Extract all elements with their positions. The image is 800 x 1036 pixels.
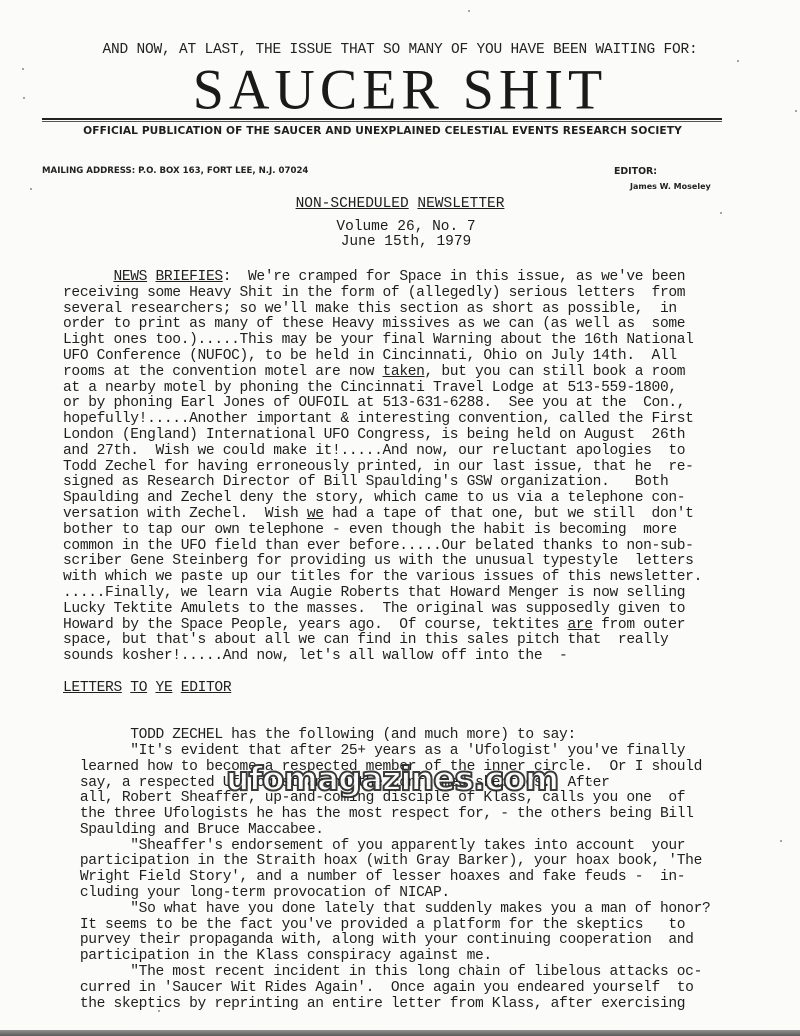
letters-heading-word: YE — [156, 680, 173, 696]
scan-speck — [30, 188, 32, 190]
letter-line: "It's evident that after 25+ years as a … — [63, 744, 800, 760]
spacer — [63, 697, 800, 713]
watermark: ufomagazines.com — [226, 759, 558, 798]
news-briefies-line: with which we paste up our titles for th… — [63, 570, 800, 586]
news-briefies-line: hopefully!.....Another important & inter… — [63, 412, 800, 428]
masthead-rule — [42, 118, 722, 120]
spacer — [63, 712, 800, 728]
letters-heading-word: LETTERS — [63, 680, 122, 696]
scan-speck — [158, 1010, 160, 1012]
news-briefies-line: signed as Research Director of Bill Spau… — [63, 475, 800, 491]
letter-line: "Sheaffer's endorsement of you apparentl… — [63, 839, 800, 855]
newsletter-title: NON-SCHEDULED NEWSLETTER — [0, 196, 800, 212]
letter-line: It seems to be the fact you've provided … — [63, 918, 800, 934]
kicker-line: AND NOW, AT LAST, THE ISSUE THAT SO MANY… — [0, 42, 800, 58]
news-briefies-line: scriber Gene Steinberg for providing us … — [63, 554, 800, 570]
news-briefies-line: NEWS BRIEFIES: We're cramped for Space i… — [63, 270, 800, 286]
scan-speck — [430, 816, 432, 818]
news-briefies-line: space, but that's about all we can find … — [63, 633, 800, 649]
news-briefies-line: at a nearby motel by phoning the Cincinn… — [63, 381, 800, 397]
newsletter-title-word: NON-SCHEDULED — [296, 196, 409, 212]
letter-line: curred in 'Saucer Wit Rides Again'. Once… — [63, 981, 800, 997]
editor-name: James W. Moseley — [630, 182, 711, 191]
publication-subtitle: OFFICIAL PUBLICATION OF THE SAUCER AND U… — [0, 125, 765, 137]
letters-heading-word: TO — [130, 680, 147, 696]
letters-heading: LETTERS TO YE EDITOR — [63, 681, 800, 697]
news-briefies-line: sounds kosher!.....And now, let's all wa… — [63, 649, 800, 665]
news-briefies-line: Howard by the Space People, years ago. O… — [63, 618, 800, 634]
news-briefies-line: bother to tap our own telephone - even t… — [63, 523, 800, 539]
news-briefies-line: Spaulding and Zechel deny the story, whi… — [63, 491, 800, 507]
news-briefies-heading: BRIEFIES — [156, 269, 223, 285]
news-briefies-line: or by phoning Earl Jones of OUFOIL at 51… — [63, 396, 800, 412]
scan-speck — [590, 780, 592, 782]
news-briefies-heading: NEWS — [113, 269, 147, 285]
news-briefies-line: UFO Conference (NUFOC), to be held in Ci… — [63, 349, 800, 365]
news-briefies-line: and 27th. Wish we could make it!.....And… — [63, 444, 800, 460]
scan-speck — [22, 68, 24, 70]
letter-line: "The most recent incident in this long c… — [63, 965, 800, 981]
news-briefies-line: rooms at the convention motel are now ta… — [63, 365, 800, 381]
scan-speck — [737, 60, 739, 62]
letter-line: Wright Field Story', and a number of les… — [63, 870, 800, 886]
scan-speck — [795, 110, 797, 112]
news-briefies-line: London (England) International UFO Congr… — [63, 428, 800, 444]
letter-line: purvey their propaganda with, along with… — [63, 933, 800, 949]
scan-speck — [468, 10, 470, 12]
letters-heading-word: EDITOR — [181, 680, 231, 696]
letter-line: participation in the Straith hoax (with … — [63, 854, 800, 870]
news-briefies-line: common in the UFO field than ever before… — [63, 539, 800, 555]
newsletter-title-word: NEWSLETTER — [417, 196, 504, 212]
scan-speck — [23, 97, 25, 99]
news-briefies-line: versation with Zechel. Wish we had a tap… — [63, 507, 800, 523]
news-briefies-line: Todd Zechel for having erroneously print… — [63, 460, 800, 476]
editor-label: EDITOR: — [614, 166, 657, 177]
masthead-rule-thin — [42, 121, 722, 122]
letter-line: "So what have you done lately that sudde… — [63, 902, 800, 918]
news-briefies-line: several researchers; so we'll make this … — [63, 302, 800, 318]
issue-date: June 15th, 1979 — [6, 234, 800, 250]
page-bottom-edge — [0, 1030, 800, 1036]
letter-line: participation in the Klass conspiracy ag… — [63, 949, 800, 965]
underlined-word: taken — [383, 364, 425, 380]
scan-speck — [476, 965, 478, 967]
letter-line: the skeptics by reprinting an entire let… — [63, 997, 800, 1013]
scan-speck — [720, 212, 722, 214]
letter-line: the three Ufologists he has the most res… — [63, 807, 800, 823]
mailing-address: MAILING ADDRESS: P.O. BOX 163, FORT LEE,… — [42, 166, 308, 176]
news-briefies-line: order to print as many of these Heavy mi… — [63, 317, 800, 333]
underlined-word: we — [307, 506, 324, 522]
newsletter-body: NEWS BRIEFIES: We're cramped for Space i… — [63, 270, 800, 1012]
scan-speck — [780, 840, 782, 842]
letter-line: cluding your long-term provocation of NI… — [63, 886, 800, 902]
issue-volume: Volume 26, No. 7 — [6, 219, 800, 235]
underlined-word: are — [567, 617, 592, 633]
news-briefies-line: Lucky Tektite Amulets to the masses. The… — [63, 602, 800, 618]
masthead-title: SAUCER SHIT — [0, 59, 800, 120]
letter-line: Spaulding and Bruce Maccabee. — [63, 823, 800, 839]
news-briefies-line: .....Finally, we learn via Augie Roberts… — [63, 586, 800, 602]
letter-line: TODD ZECHEL has the following (and much … — [63, 728, 800, 744]
spacer — [63, 665, 800, 681]
news-briefies-line: receiving some Heavy Shit in the form of… — [63, 286, 800, 302]
news-briefies-line: Light ones too.).....This may be your fi… — [63, 333, 800, 349]
